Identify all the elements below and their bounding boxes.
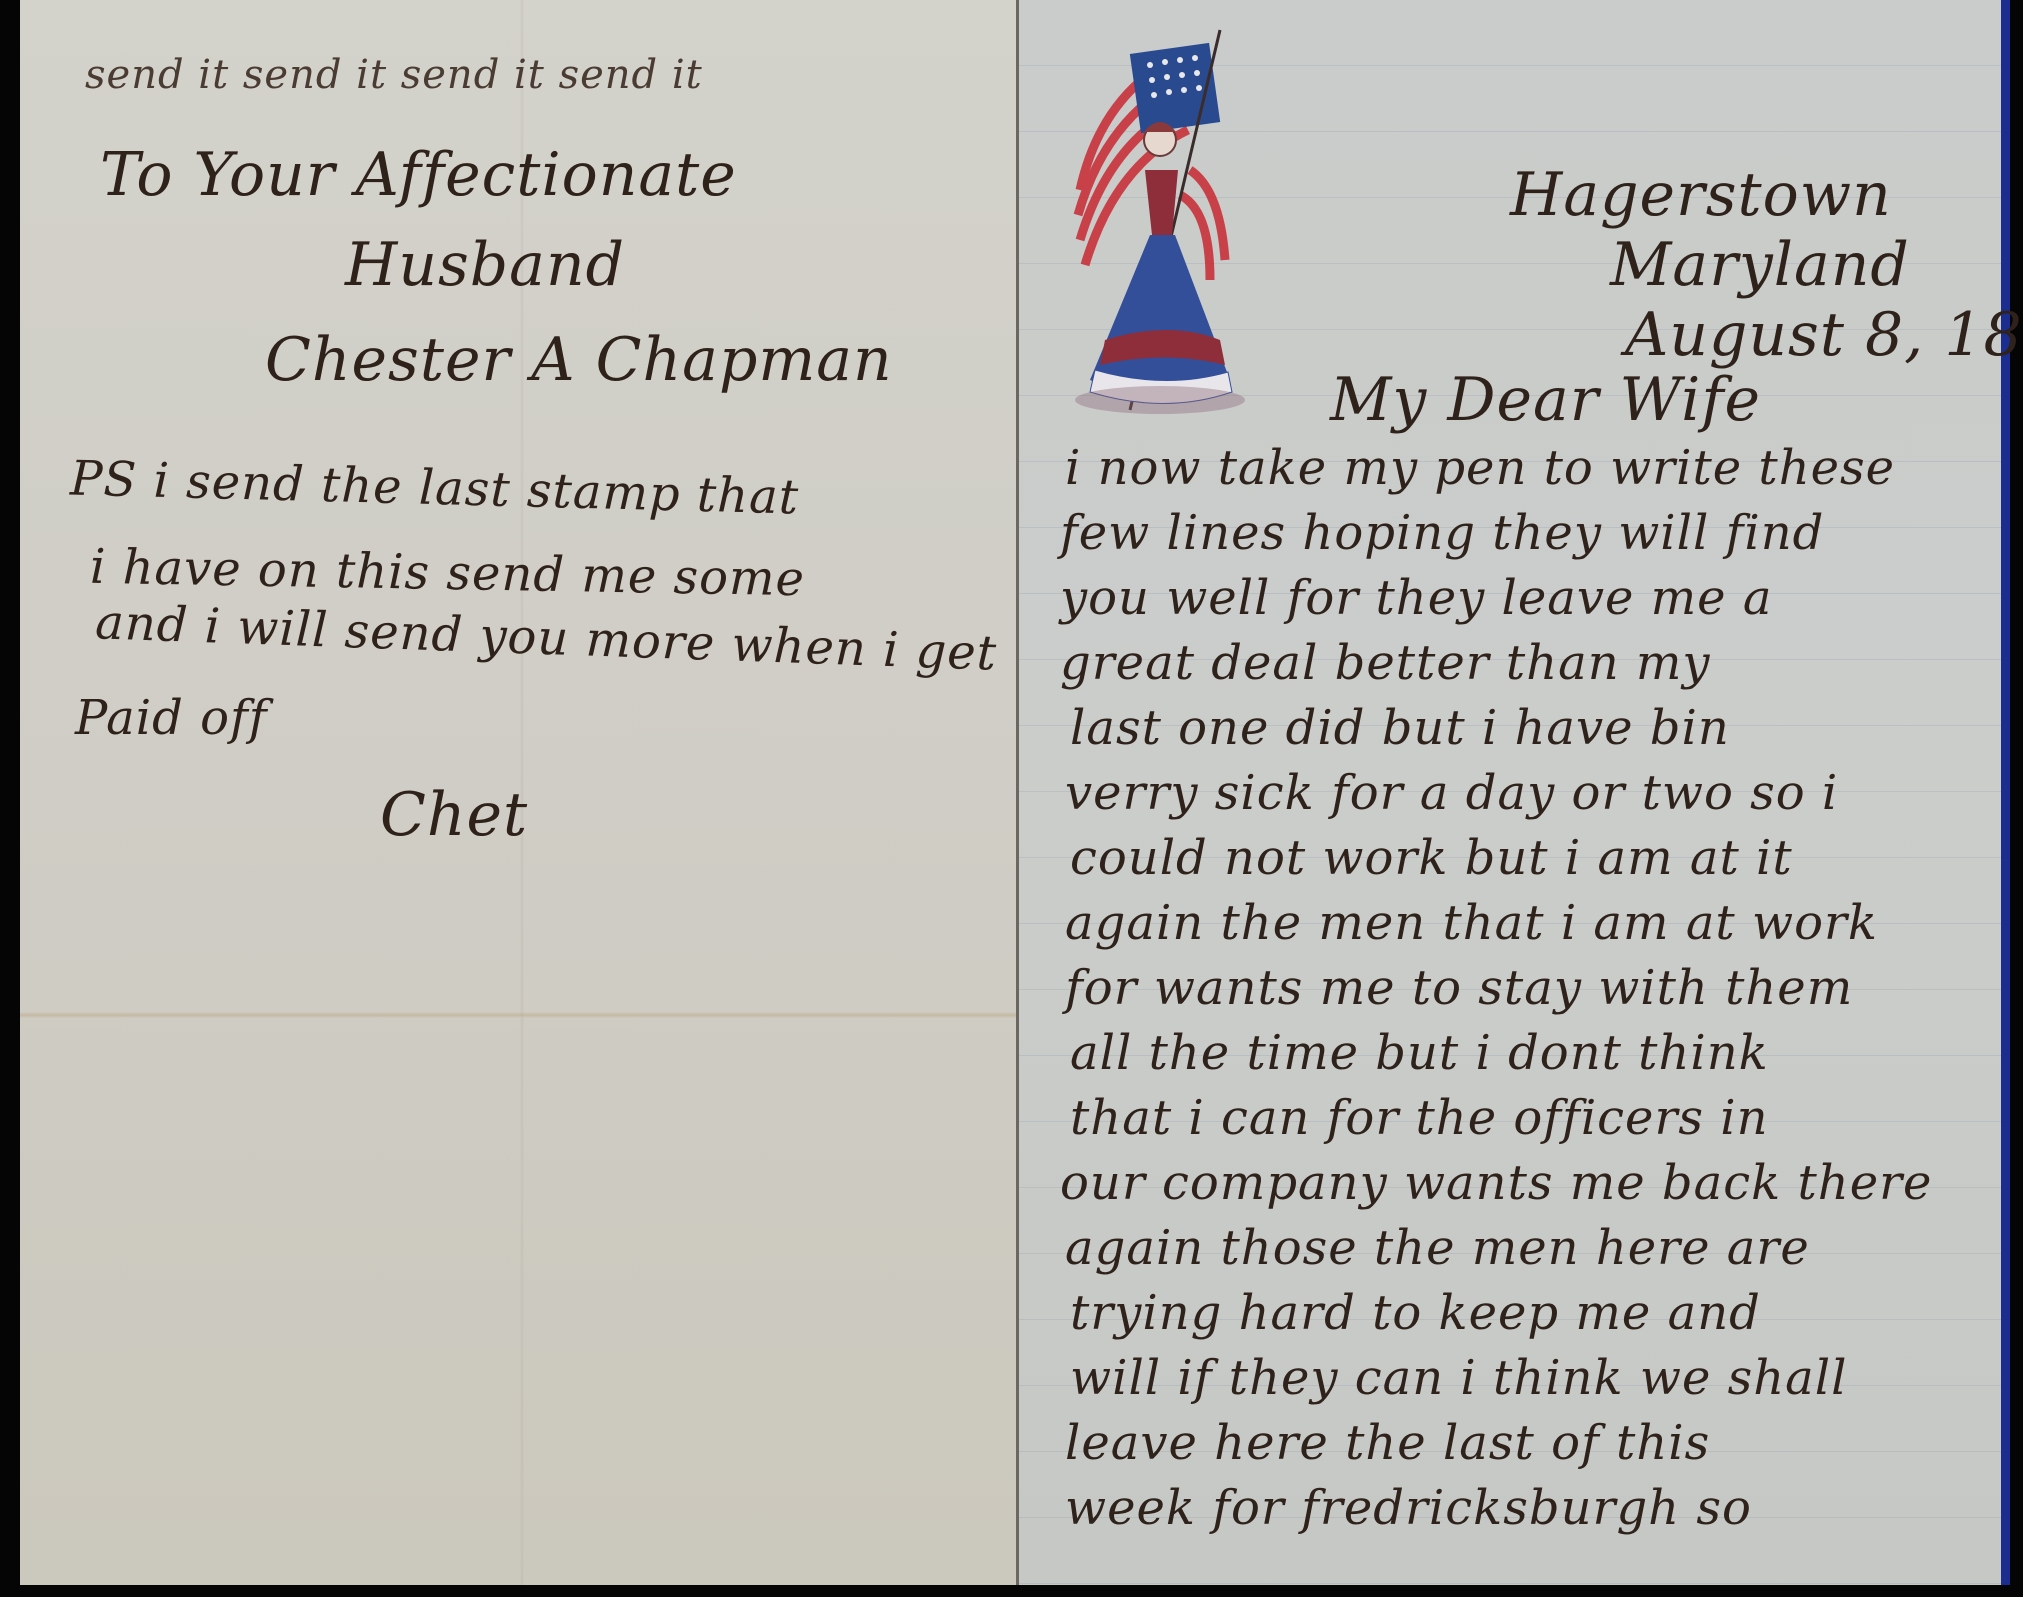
salutation: My Dear Wife <box>1330 365 1761 435</box>
body-line-11: that i can for the officers in <box>1070 1090 1769 1146</box>
signature-full-name: Chester A Chapman <box>265 325 893 395</box>
closing-line-to-your-affectionate: To Your Affectionate <box>100 140 737 210</box>
lady-liberty-flag-icon <box>1060 20 1260 420</box>
body-line-17: week for fredricksburgh so <box>1065 1480 1752 1536</box>
body-line-6: verry sick for a day or two so i <box>1065 765 1838 821</box>
body-line-12: our company wants me back there <box>1060 1155 1932 1211</box>
body-line-1: i now take my pen to write these <box>1065 440 1895 496</box>
postscript-signoff: Chet <box>380 780 528 850</box>
heading-date: August 8, 186_ <box>1625 300 2023 370</box>
body-line-15: will if they can i think we shall <box>1070 1350 1847 1406</box>
body-line-4: great deal better than my <box>1060 635 1711 691</box>
scan-edge-blue-strip <box>2001 0 2010 1585</box>
repeated-send-it-line: send it send it send it send it <box>85 52 703 98</box>
body-line-8: again the men that i am at work <box>1065 895 1878 951</box>
body-line-2: few lines hoping they will find <box>1060 505 1824 561</box>
center-page-seam <box>1016 0 1019 1585</box>
body-line-5: last one did but i have bin <box>1070 700 1730 756</box>
body-line-13: again those the men here are <box>1065 1220 1810 1276</box>
postscript-line-4: Paid off <box>75 690 268 746</box>
body-line-14: trying hard to keep me and <box>1070 1285 1761 1341</box>
closing-line-husband: Husband <box>345 230 625 300</box>
body-line-10: all the time but i dont think <box>1070 1025 1769 1081</box>
body-line-9: for wants me to stay with them <box>1065 960 1853 1016</box>
paper-fold-crease-horizontal <box>20 1012 1017 1018</box>
body-line-7: could not work but i am at it <box>1070 830 1793 886</box>
body-line-3: you well for they leave me a <box>1060 570 1772 626</box>
body-line-16: leave here the last of this <box>1065 1415 1710 1471</box>
heading-state: Maryland <box>1610 230 1910 300</box>
heading-place: Hagerstown <box>1510 160 1892 230</box>
